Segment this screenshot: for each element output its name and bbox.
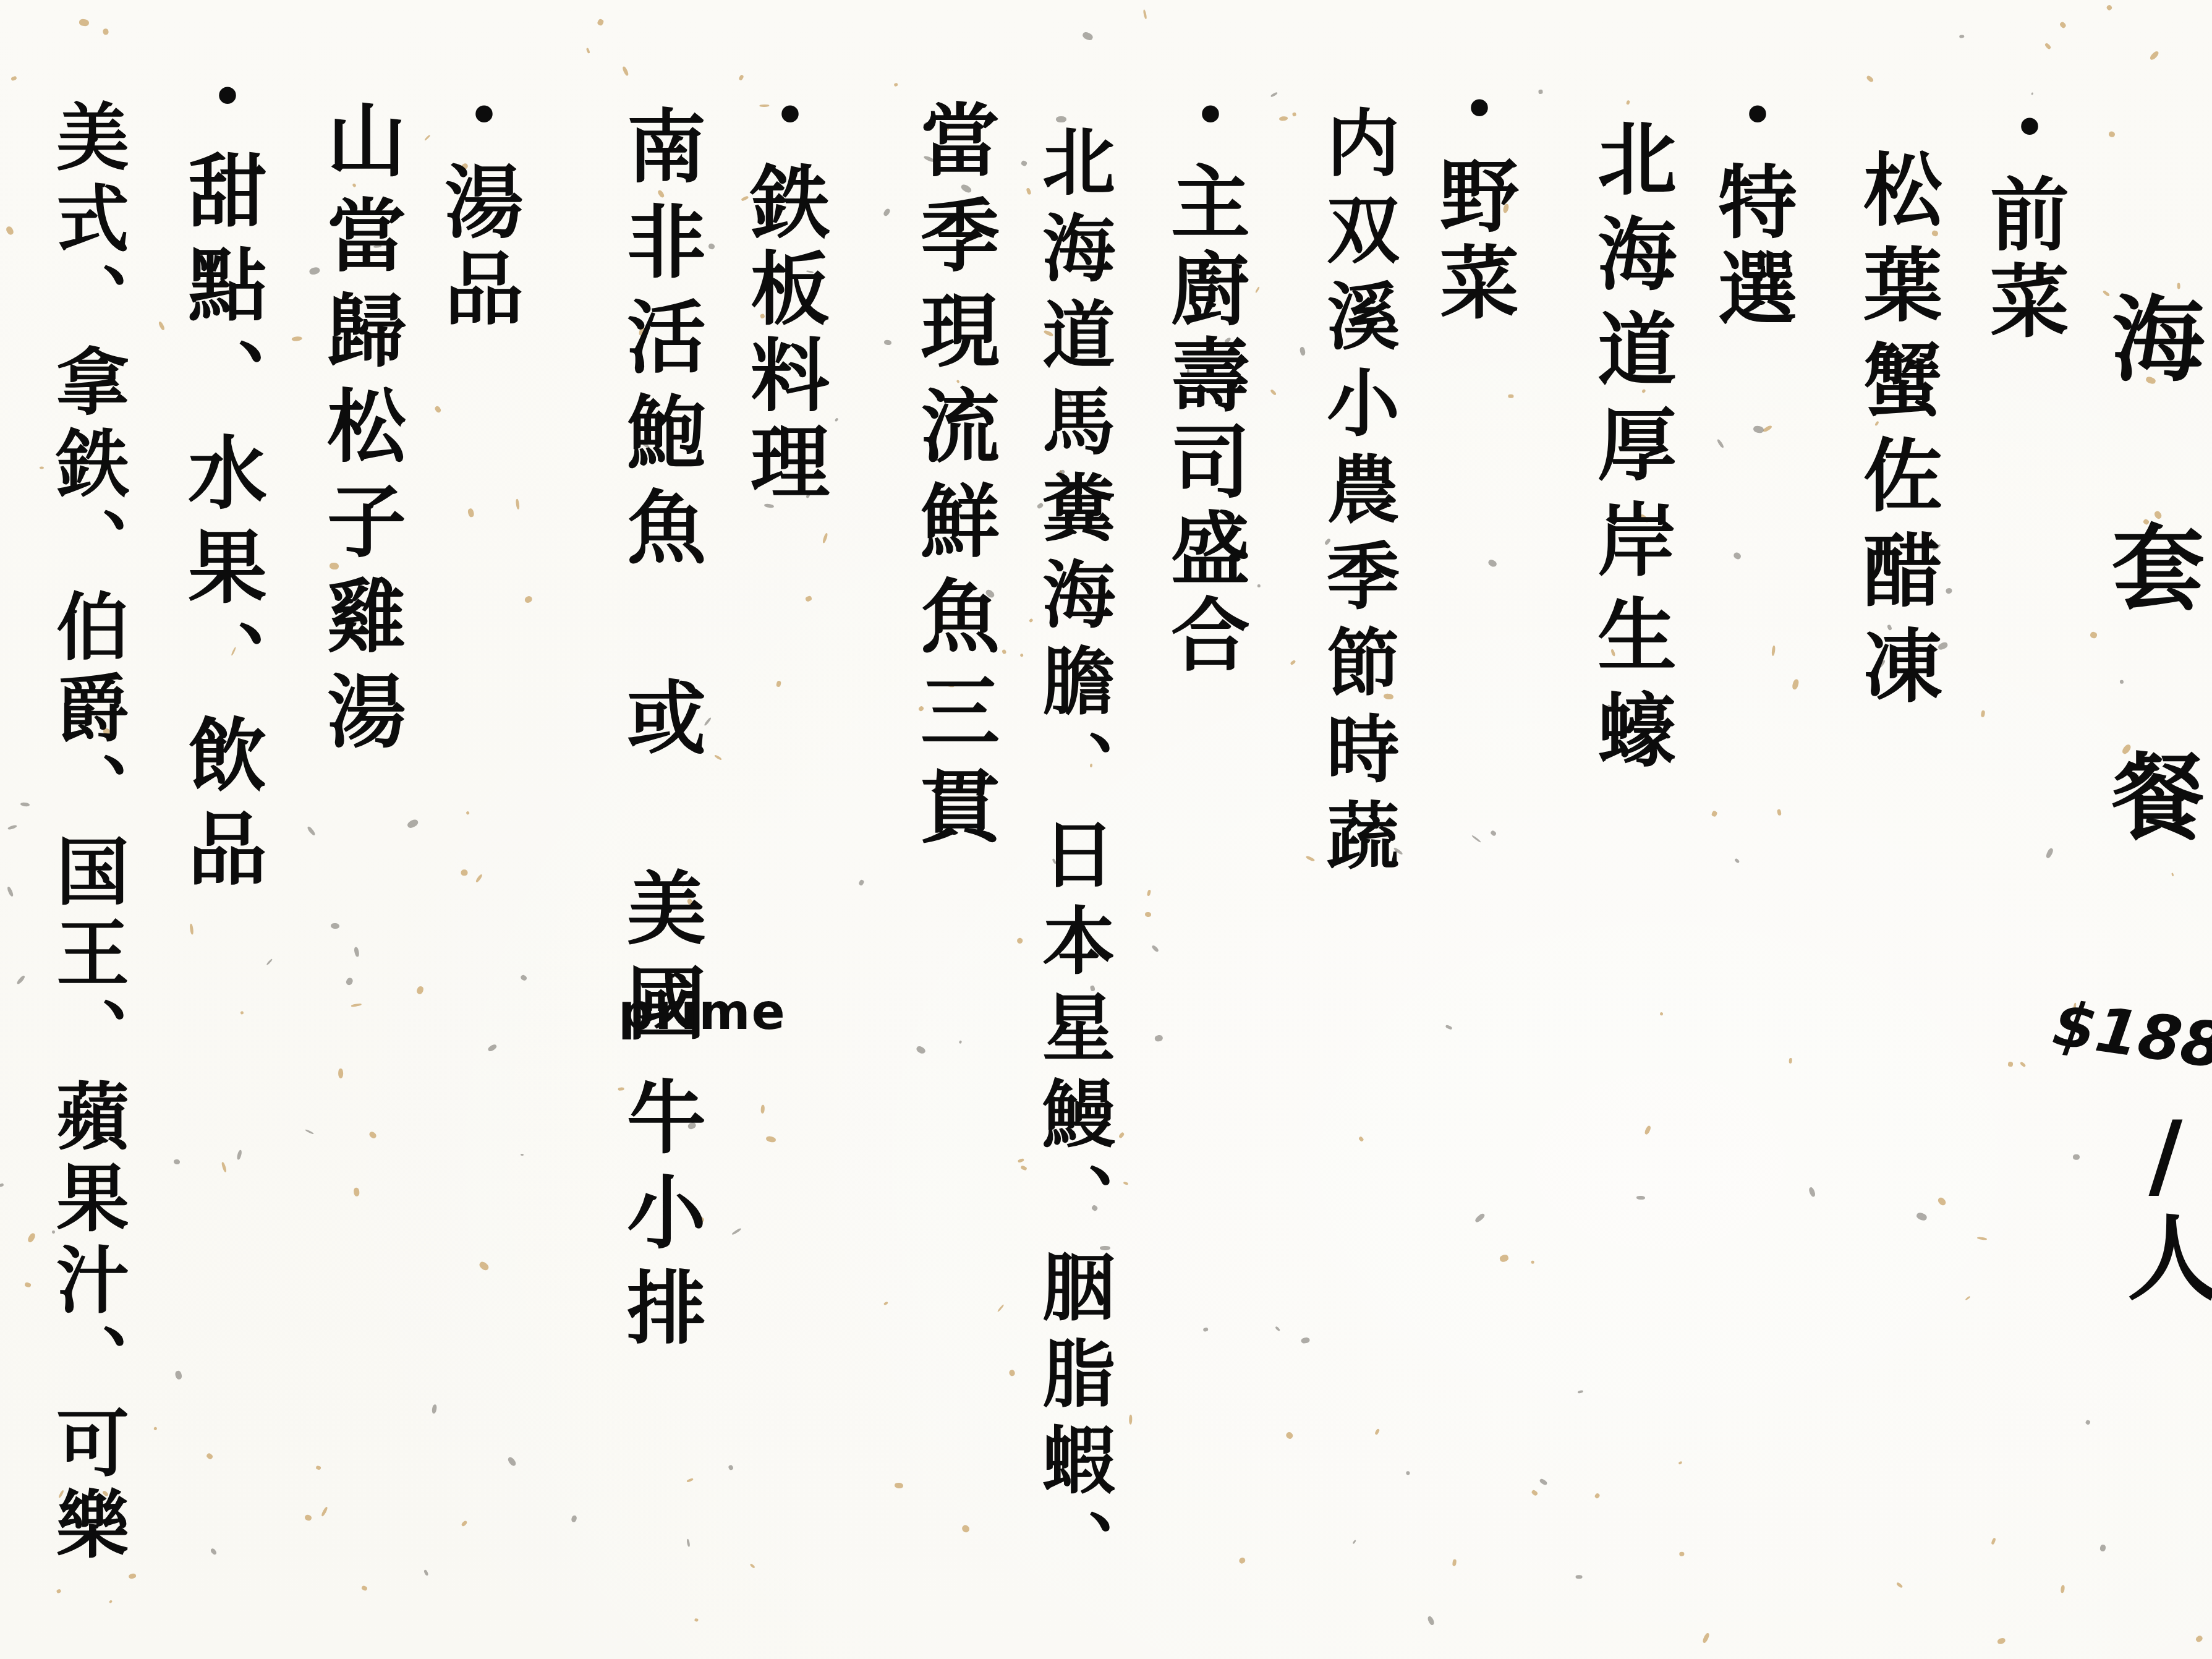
menu-price-unit: /人 (2099, 1101, 2212, 1302)
menu-item-seasonal-vegetables: 内双溪小農季節時蔬 (1304, 105, 1410, 884)
menu-item-abalone-or-beef: 南非活鮑魚 或 美國 (603, 105, 717, 1057)
menu-item-oyster: 北海道厚岸生蠔 (1573, 117, 1687, 784)
menu-item-drinks-list: 美式、拿鉄、伯爵、国王、蘋果汁、可樂 (34, 99, 139, 1568)
section-heading-dessert-fruit-drinks: ・甜點、水果、飲品 (164, 56, 278, 902)
menu-item-short-rib: 牛小排 (603, 1076, 717, 1362)
paper-speck (2073, 1154, 2080, 1159)
section-heading-appetizer: ・前菜 (1966, 87, 2080, 346)
paper-speck (2099, 1544, 2106, 1551)
paper-speck (521, 1154, 524, 1156)
paper-speck (1531, 1261, 1534, 1264)
section-heading-teppanyaki: ・鉄板料理 (726, 74, 840, 507)
menu-item-chicken-soup: 山當歸松子雞湯 (303, 99, 417, 766)
paper-speck (1678, 1552, 1684, 1556)
section-heading-special: ・特選 (1694, 74, 1808, 334)
section-heading-sushi: ・主廚壽司盛合 (1147, 74, 1261, 680)
menu-item-snow-crab: 松葉蟹佐醋凍 (1839, 148, 1953, 720)
paper-speck (1056, 116, 1066, 122)
menu-item-sushi-fish: 當季現流鮮魚三貫 (896, 99, 1010, 861)
section-heading-vegetables: ・野菜 (1416, 68, 1529, 328)
paper-speck (2007, 1061, 2013, 1067)
paper-speck (353, 1187, 359, 1196)
paper-speck (1636, 1196, 1645, 1200)
menu-item-prime-label: prime (618, 983, 786, 1041)
menu-title: 海套餐 (2083, 291, 2212, 977)
menu-item-sushi-premium: 北海道馬糞海膽、日本星鰻、胭脂蝦、 (1020, 124, 1125, 1595)
section-heading-soup: ・湯品 (420, 74, 534, 334)
paper-speck (461, 869, 468, 876)
